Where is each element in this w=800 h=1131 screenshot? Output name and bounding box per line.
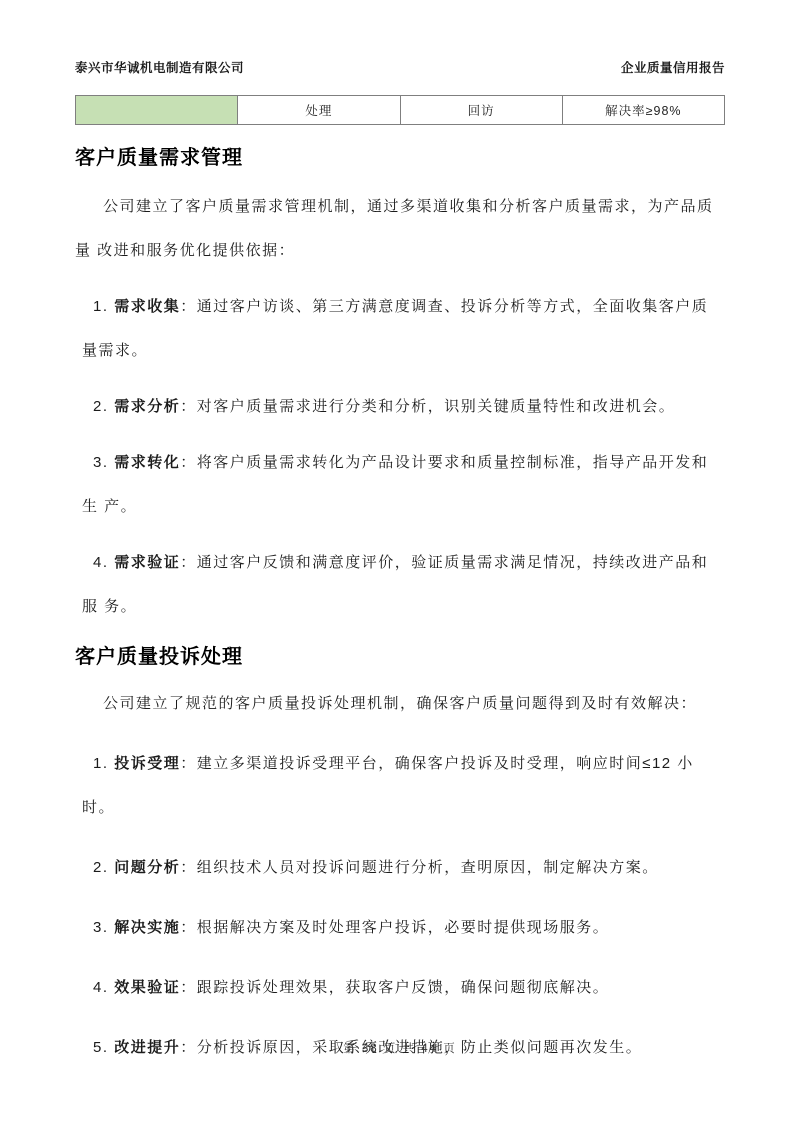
item-desc: ：对客户质量需求进行分类和分析，识别关键质量特性和改进机会。	[180, 398, 675, 415]
item-number: 4.	[93, 554, 109, 571]
item-term: 效果验证	[114, 979, 180, 996]
table-cell-highlight	[76, 96, 238, 125]
list-item: 1. 需求收集：通过客户访谈、第三方满意度调查、投诉分析等方式，全面收集客户质 …	[75, 285, 725, 373]
section-customer-quality-complaints: 客户质量投诉处理 公司建立了规范的客户质量投诉处理机制，确保客户质量问题得到及时…	[75, 645, 725, 1070]
list-item: 1. 投诉受理：建立多渠道投诉受理平台，确保客户投诉及时受理，响应时间≤12 小…	[75, 742, 725, 830]
item-term: 需求转化	[114, 454, 180, 471]
continued-table: 处理 回访 解决率≥98%	[75, 95, 725, 125]
item-term: 投诉受理	[114, 755, 180, 772]
item-term: 解决实施	[114, 919, 180, 936]
item-term: 需求分析	[114, 398, 180, 415]
section-intro: 公司建立了规范的客户质量投诉处理机制，确保客户质量问题得到及时有效解决：	[75, 682, 725, 726]
header-company-name: 泰兴市华诚机电制造有限公司	[75, 60, 244, 76]
list-item: 2. 需求分析：对客户质量需求进行分类和分析，识别关键质量特性和改进机会。	[75, 385, 725, 429]
table-cell-resolution-rate: 解决率≥98%	[562, 96, 724, 125]
item-number: 4.	[93, 979, 109, 996]
page-footer: 第 38 页 共 44 页	[0, 1040, 800, 1056]
table-row: 处理 回访 解决率≥98%	[76, 96, 725, 125]
section-heading: 客户质量投诉处理	[75, 645, 725, 670]
table-cell-revisit: 回访	[400, 96, 562, 125]
item-number: 2.	[93, 859, 109, 876]
item-desc: ：组织技术人员对投诉问题进行分析，查明原因，制定解决方案。	[180, 859, 659, 876]
table-cell-process: 处理	[238, 96, 400, 125]
item-term: 需求验证	[114, 554, 180, 571]
item-number: 1.	[93, 755, 109, 772]
section-intro: 公司建立了客户质量需求管理机制，通过多渠道收集和分析客户质量需求，为产品质 量 …	[75, 185, 725, 273]
list-item: 2. 问题分析：组织技术人员对投诉问题进行分析，查明原因，制定解决方案。	[75, 846, 725, 890]
page-header: 泰兴市华诚机电制造有限公司 企业质量信用报告	[75, 60, 725, 76]
list-item: 4. 需求验证：通过客户反馈和满意度评价，验证质量需求满足情况，持续改进产品和 …	[75, 541, 725, 629]
section-heading: 客户质量需求管理	[75, 146, 725, 171]
item-desc: ：跟踪投诉处理效果，获取客户反馈，确保问题彻底解决。	[180, 979, 609, 996]
item-number: 3.	[93, 919, 109, 936]
list-item: 4. 效果验证：跟踪投诉处理效果，获取客户反馈，确保问题彻底解决。	[75, 966, 725, 1010]
item-number: 1.	[93, 298, 109, 315]
page-content: 泰兴市华诚机电制造有限公司 企业质量信用报告 处理 回访 解决率≥98% 客户质…	[0, 60, 800, 1070]
item-term: 需求收集	[114, 298, 180, 315]
item-number: 2.	[93, 398, 109, 415]
list-item: 3. 需求转化：将客户质量需求转化为产品设计要求和质量控制标准，指导产品开发和 …	[75, 441, 725, 529]
document-page: 泰兴市华诚机电制造有限公司 企业质量信用报告 处理 回访 解决率≥98% 客户质…	[0, 0, 800, 1131]
item-desc: ：根据解决方案及时处理客户投诉，必要时提供现场服务。	[180, 919, 609, 936]
item-term: 问题分析	[114, 859, 180, 876]
header-report-title: 企业质量信用报告	[621, 60, 725, 76]
item-number: 3.	[93, 454, 109, 471]
list-item: 3. 解决实施：根据解决方案及时处理客户投诉，必要时提供现场服务。	[75, 906, 725, 950]
section-customer-quality-requirements: 客户质量需求管理 公司建立了客户质量需求管理机制，通过多渠道收集和分析客户质量需…	[75, 146, 725, 629]
